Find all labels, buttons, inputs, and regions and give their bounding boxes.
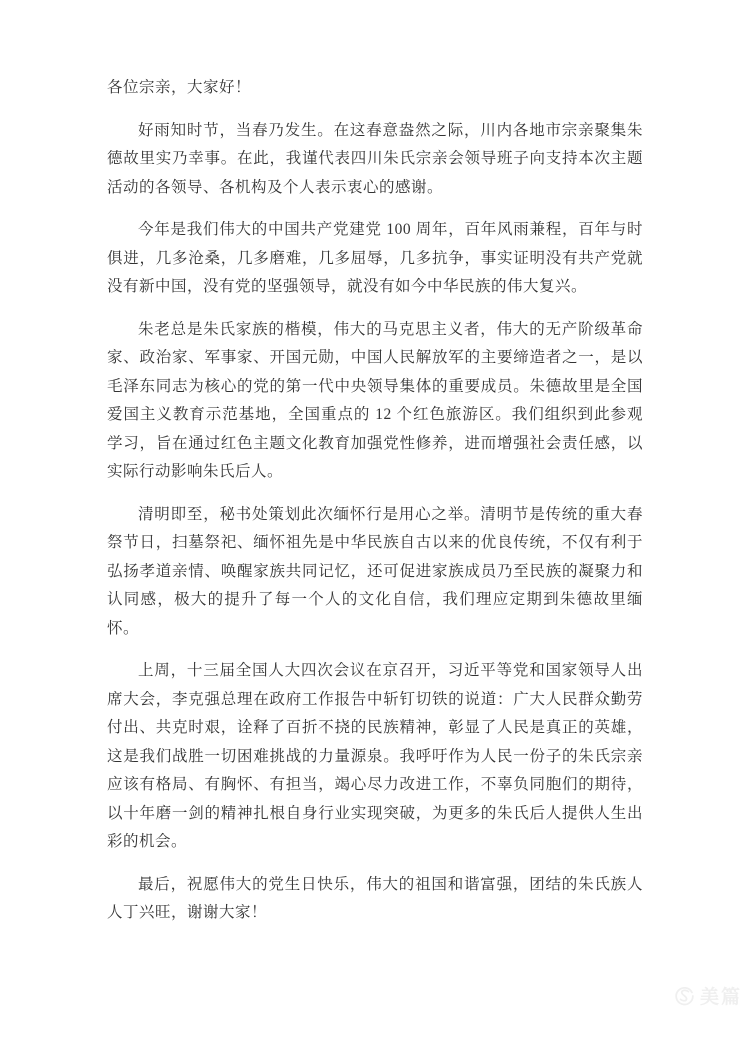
- watermark: 美篇: [674, 982, 742, 1009]
- paragraph-qingming: 清明即至，秘书处策划此次缅怀行是用心之举。清明节是传统的重大春祭节日，扫墓祭祀、…: [107, 501, 643, 644]
- meipian-logo-icon: [674, 985, 695, 1006]
- paragraph-greeting: 各位宗亲，大家好！: [107, 74, 643, 103]
- paragraph-npc-meeting: 上周，十三届全国人大四次会议在京召开，习近平等党和国家领导人出席大会，李克强总理…: [107, 657, 643, 857]
- paragraph-opening: 好雨知时节，当春乃发生。在这春意盎然之际，川内各地市宗亲聚集朱德故里实乃幸事。在…: [107, 117, 643, 203]
- document-page: 各位宗亲，大家好！ 好雨知时节，当春乃发生。在这春意盎然之际，川内各地市宗亲聚集…: [0, 0, 750, 1061]
- paragraph-closing: 最后，祝愿伟大的党生日快乐，伟大的祖国和谐富强，团结的朱氏族人人丁兴旺，谢谢大家…: [107, 871, 643, 928]
- speech-body: 各位宗亲，大家好！ 好雨知时节，当春乃发生。在这春意盎然之际，川内各地市宗亲聚集…: [107, 74, 643, 942]
- paragraph-party-anniversary: 今年是我们伟大的中国共产党建党 100 周年，百年风雨兼程，百年与时俱进，几多沧…: [107, 216, 643, 302]
- watermark-label: 美篇: [700, 982, 742, 1009]
- paragraph-zhude-tribute: 朱老总是朱氏家族的楷模，伟大的马克思主义者，伟大的无产阶级革命家、政治家、军事家…: [107, 316, 643, 487]
